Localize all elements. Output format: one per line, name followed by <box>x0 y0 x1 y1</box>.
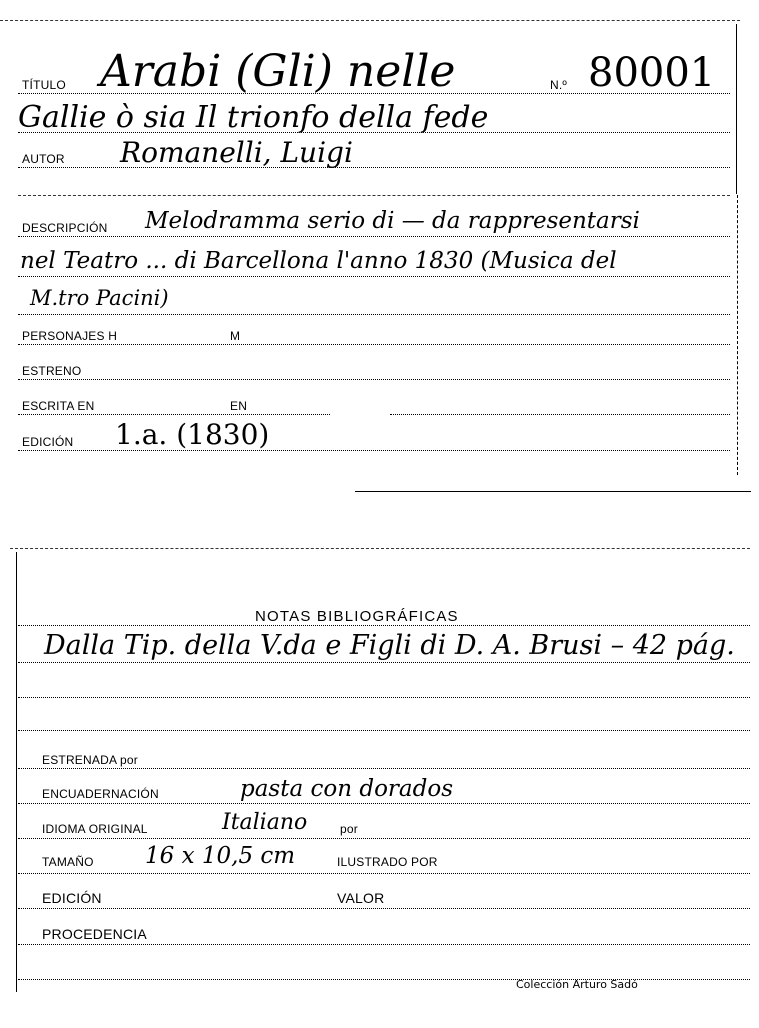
encuadernacion-value: pasta con dorados <box>240 776 453 802</box>
estrenada-label: ESTRENADA por <box>42 753 138 767</box>
notas-rule-4 <box>18 730 750 731</box>
valor-label: VALOR <box>337 890 384 906</box>
descripcion-label: DESCRIPCIÓN <box>22 221 108 235</box>
card2-left-border <box>16 552 17 992</box>
notas-line1: Dalla Tip. della V.da e Figli di D. A. B… <box>44 630 735 661</box>
estreno-rule <box>18 379 730 380</box>
idioma-por-label: por <box>340 822 358 836</box>
numero-label: N.º <box>550 78 567 92</box>
blank-rule <box>18 195 730 196</box>
edicion2-rule <box>18 908 750 909</box>
idioma-rule <box>18 838 750 839</box>
notas-rule-2 <box>18 662 750 663</box>
autor-label: AUTOR <box>22 152 65 166</box>
notas-heading: NOTAS BIBLIOGRÁFICAS <box>255 608 459 625</box>
idioma-value: Italiano <box>222 810 307 835</box>
tamano-rule <box>18 873 750 874</box>
encuadernacion-label: ENCUADERNACIÓN <box>42 787 159 801</box>
edicion-value: 1.a. (1830) <box>115 418 269 451</box>
descripcion-value-line1: Melodramma serio di — da rappresentarsi <box>145 208 640 234</box>
escrita-rule-left <box>18 414 330 415</box>
card-top-border <box>0 20 740 21</box>
idioma-label: IDIOMA ORIGINAL <box>42 822 148 836</box>
titulo-value-continued: Gallie ò sia Il trionfo della fede <box>18 100 488 135</box>
titulo-value: Arabi (Gli) nelle <box>100 46 455 97</box>
ilustrado-label: ILUSTRADO POR <box>337 855 438 869</box>
card-bottom-edge <box>355 491 751 492</box>
edicion-label: EDICIÓN <box>22 435 73 449</box>
collection-credit: Colección Arturo Sadó <box>516 978 638 991</box>
escrita-label: ESCRITA EN <box>22 399 94 413</box>
estreno-label: ESTRENO <box>22 364 81 378</box>
descripcion-value-line3: M.tro Pacini) <box>30 286 169 310</box>
encuadernacion-rule <box>18 803 750 804</box>
tamano-value: 16 x 10,5 cm <box>145 843 295 869</box>
card2-top-border <box>10 548 750 549</box>
estrenada-rule <box>18 768 750 769</box>
notas-rule-3 <box>18 697 750 698</box>
descripcion-rule-2 <box>18 276 730 277</box>
personajes-m-label: M <box>230 329 240 343</box>
notas-rule <box>18 625 750 626</box>
tamano-label: TAMAÑO <box>42 855 94 869</box>
escrita-en-label: EN <box>230 399 247 413</box>
descripcion-value-line2: nel Teatro ... di Barcellona l'anno 1830… <box>20 248 617 274</box>
personajes-h-label: PERSONAJES H <box>22 329 117 343</box>
descripcion-rule-3 <box>18 314 730 315</box>
titulo-label: TÍTULO <box>22 78 66 92</box>
final-rule <box>18 979 750 980</box>
escrita-rule-right <box>390 414 730 415</box>
procedencia-label: PROCEDENCIA <box>42 926 147 942</box>
numero-value: 80001 <box>588 50 715 96</box>
card-right-border-lower <box>737 195 738 475</box>
personajes-rule <box>18 344 730 345</box>
procedencia-rule <box>18 944 750 945</box>
card-right-border <box>736 24 737 194</box>
edicion2-label: EDICIÓN <box>42 890 102 906</box>
descripcion-rule <box>18 236 730 237</box>
autor-value: Romanelli, Luigi <box>120 136 353 169</box>
